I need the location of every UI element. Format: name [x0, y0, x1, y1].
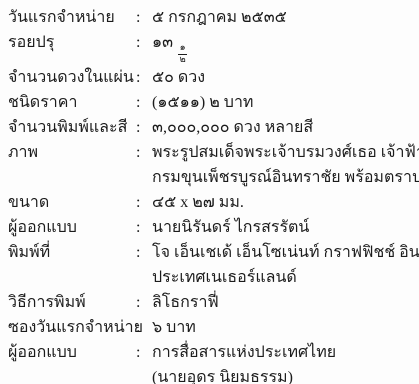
row-value: ๕๐ ดวง [152, 65, 413, 90]
info-row-design-description: ภาพ : พระรูปสมเด็จพระเจ้าบรมวงศ์เธอ เจ้า… [8, 140, 413, 190]
info-row-first-day-of-sale: วันแรกจำหน่าย : ๕ กรกฎาคม ๒๕๓๕ [8, 5, 413, 30]
info-row-perforation: รอยปรุ : ๑๓๑๒ [8, 30, 413, 65]
row-separator: : [136, 290, 152, 315]
info-row-printing-process: วิธีการพิมพ์ : ลิโธกราฟี่ [8, 290, 413, 315]
row-value: นายนิรันดร์ ไกรสรรัตน์ [152, 215, 413, 240]
row-separator: : [136, 190, 152, 215]
row-value: ลิโธกราฟี่ [152, 290, 413, 315]
info-row-first-day-cover-price: ซองวันแรกจำหน่าย : ๖ บาท [8, 315, 413, 340]
row-value-line-2: ประเทศเนเธอร์แลนด์ [152, 265, 419, 290]
row-separator: : [136, 240, 152, 265]
fraction: ๑๒ [178, 43, 187, 65]
row-separator: : [136, 115, 152, 140]
row-separator: : [136, 5, 152, 30]
row-label: ภาพ [8, 140, 136, 165]
row-label: ผู้ออกแบบ [8, 215, 136, 240]
row-value-line-1: โจ เอ็นเชเด้ เอ็นโซเน่นท์ กราฟฟิชช์ อินร… [152, 240, 419, 265]
row-value: (๑๕๑๑) ๒ บาท [152, 90, 413, 115]
stamp-info-sheet: วันแรกจำหน่าย : ๕ กรกฎาคม ๒๕๓๕ รอยปรุ : … [0, 0, 419, 384]
row-value-line-2: (นายอุดร นิยมธรรม) [152, 365, 413, 384]
row-label: จำนวนพิมพ์และสี [8, 115, 136, 140]
info-row-cover-designer: ผู้ออกแบบ : การสื่อสารแห่งประเทศไทย (นาย… [8, 340, 413, 384]
row-value: ๖ บาท [152, 315, 413, 340]
fraction-denominator: ๒ [179, 55, 185, 66]
row-label: ชนิดราคา [8, 90, 136, 115]
row-separator: : [136, 215, 152, 240]
row-label: ผู้ออกแบบ [8, 340, 136, 365]
row-separator: : [136, 140, 152, 165]
info-row-quantity-and-colors: จำนวนพิมพ์และสี : ๓,๐๐๐,๐๐๐ ดวง หลายสี [8, 115, 413, 140]
row-value-line-1: การสื่อสารแห่งประเทศไทย [152, 340, 413, 365]
row-label: วันแรกจำหน่าย [8, 5, 136, 30]
row-separator: : [136, 90, 152, 115]
info-row-designer: ผู้ออกแบบ : นายนิรันดร์ ไกรสรรัตน์ [8, 215, 413, 240]
row-value: ๓,๐๐๐,๐๐๐ ดวง หลายสี [152, 115, 413, 140]
row-label: ซองวันแรกจำหน่าย [8, 315, 136, 340]
row-label: รอยปรุ [8, 30, 136, 55]
row-label: ขนาด [8, 190, 136, 215]
row-label: จำนวนดวงในแผ่น [8, 65, 136, 90]
row-value-line-2: กรมขุนเพ็ชรบูรณ์อินทราชัย พร้อมตราประจำพ… [152, 165, 419, 190]
row-value-line-1: พระรูปสมเด็จพระเจ้าบรมวงศ์เธอ เจ้าฟ้าจุฑ… [152, 140, 419, 165]
row-separator: : [136, 340, 152, 365]
row-value: ๑๓ [152, 34, 173, 51]
row-separator: : [136, 65, 152, 90]
row-value: ๔๕ x ๒๗ มม. [152, 190, 413, 215]
row-separator: : [136, 315, 152, 340]
row-label: พิมพ์ที่ [8, 240, 136, 265]
info-row-size: ขนาด : ๔๕ x ๒๗ มม. [8, 190, 413, 215]
row-label: วิธีการพิมพ์ [8, 290, 136, 315]
info-row-denomination: ชนิดราคา : (๑๕๑๑) ๒ บาท [8, 90, 413, 115]
info-row-stamps-per-sheet: จำนวนดวงในแผ่น : ๕๐ ดวง [8, 65, 413, 90]
fraction-numerator: ๑ [178, 43, 187, 55]
info-row-printer: พิมพ์ที่ : โจ เอ็นเชเด้ เอ็นโซเน่นท์ กรา… [8, 240, 413, 290]
row-separator: : [136, 30, 152, 55]
row-value: ๕ กรกฎาคม ๒๕๓๕ [152, 5, 413, 30]
